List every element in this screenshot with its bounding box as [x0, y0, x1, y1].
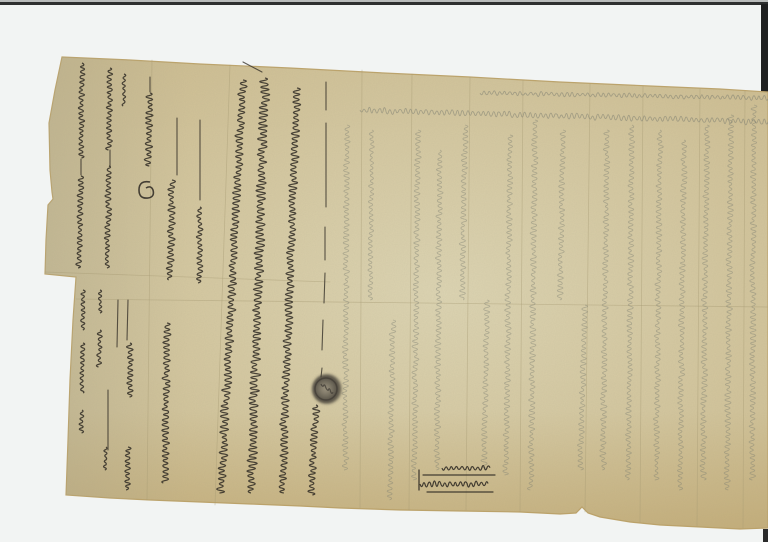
- seal-stamp: [312, 374, 342, 404]
- manuscript-page: [0, 0, 768, 542]
- scan-canvas: [0, 0, 768, 542]
- paper-texture: [0, 0, 768, 542]
